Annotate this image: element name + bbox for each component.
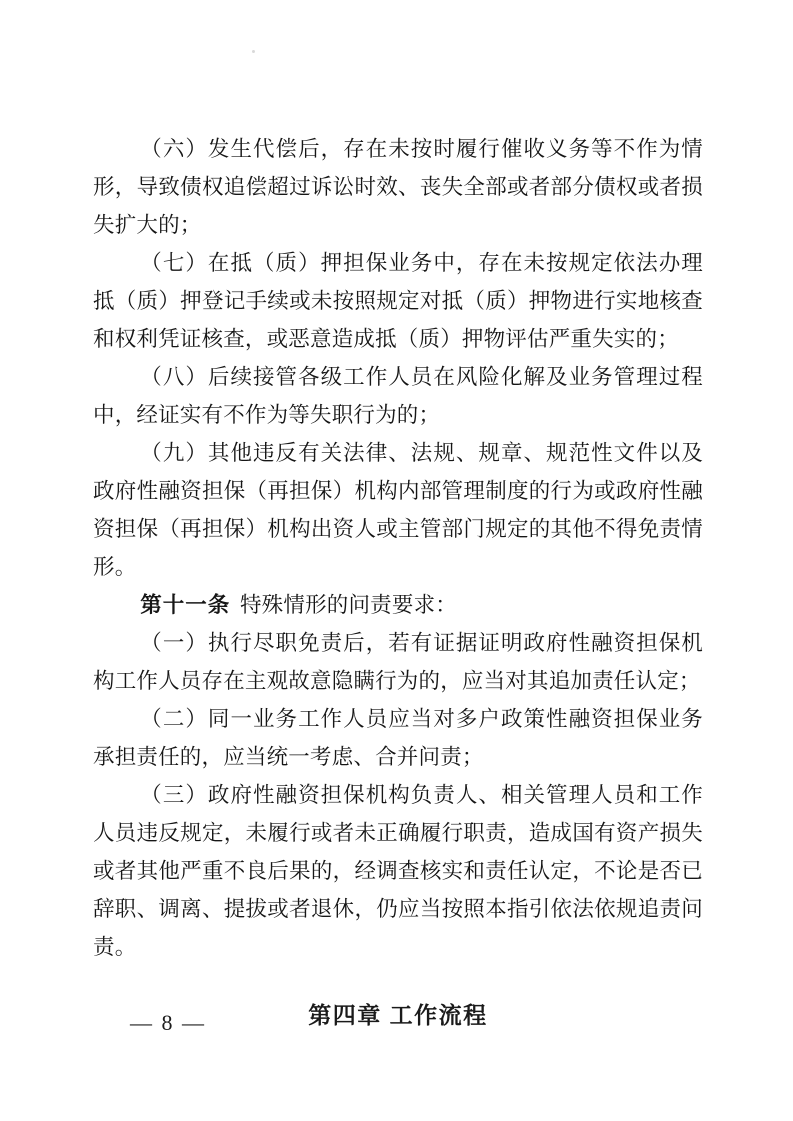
document-text-block: （六）发生代偿后，存在未按时履行催收义务等不作为情形，导致债权追偿超过诉讼时效、… bbox=[93, 130, 703, 1030]
clause-paragraph-7: （七）在抵（质）押担保业务中，存在未按规定依法办理抵（质）押登记手续或未按照规定… bbox=[93, 244, 703, 358]
clause-paragraph-6: （六）发生代偿后，存在未按时履行催收义务等不作为情形，导致债权追偿超过诉讼时效、… bbox=[93, 130, 703, 244]
clause-paragraph-8: （八）后续接管各级工作人员在风险化解及业务管理过程中，经证实有不作为等失职行为的… bbox=[93, 358, 703, 434]
page-number: — 8 — bbox=[130, 1008, 206, 1038]
special-clause-paragraph-2: （二）同一业务工作人员应当对多户政策性融资担保业务承担责任的，应当统一考虑、合并… bbox=[93, 700, 703, 776]
scan-artifact-dot bbox=[252, 50, 255, 53]
article-11-heading: 第十一条特殊情形的问责要求： bbox=[93, 586, 703, 624]
article-number-label: 第十一条 bbox=[140, 593, 230, 617]
special-clause-paragraph-1: （一）执行尽职免责后，若有证据证明政府性融资担保机构工作人员存在主观故意隐瞒行为… bbox=[93, 624, 703, 700]
article-title-label: 特殊情形的问责要求： bbox=[240, 593, 457, 617]
special-clause-paragraph-3: （三）政府性融资担保机构负责人、相关管理人员和工作人员违反规定，未履行或者未正确… bbox=[93, 776, 703, 966]
document-page: （六）发生代偿后，存在未按时履行催收义务等不作为情形，导致债权追偿超过诉讼时效、… bbox=[0, 0, 793, 1121]
clause-paragraph-9: （九）其他违反有关法律、法规、规章、规范性文件以及政府性融资担保（再担保）机构内… bbox=[93, 434, 703, 586]
